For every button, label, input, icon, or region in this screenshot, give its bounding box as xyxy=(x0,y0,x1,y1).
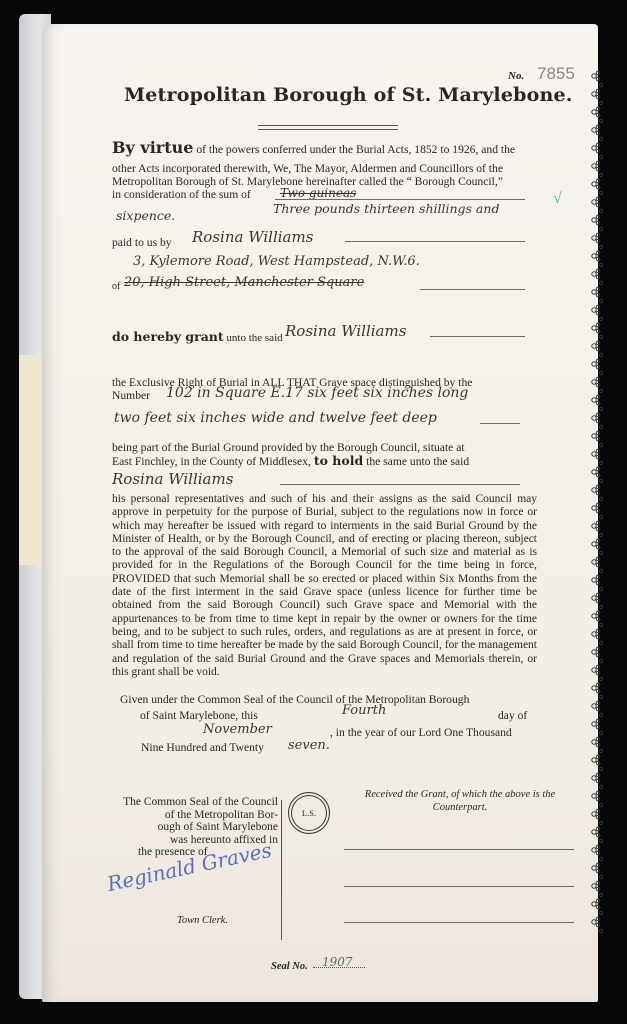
address-new: 3, Kylemore Road, West Hampstead, N.W.6. xyxy=(133,254,420,269)
seal-bracket xyxy=(277,800,282,940)
signature-line[interactable] xyxy=(344,922,574,923)
seal-no-label: Seal No. xyxy=(271,961,308,972)
signature-line[interactable] xyxy=(344,849,574,850)
number-label: No. xyxy=(508,70,524,82)
number-label2: Number xyxy=(112,389,150,402)
received-line: Received the Grant, of which the above i… xyxy=(344,789,576,800)
signature-line[interactable] xyxy=(344,886,574,887)
intro-lead: By virtue xyxy=(112,138,193,157)
paid-label: paid to us by xyxy=(112,236,172,249)
sum-line xyxy=(275,199,525,200)
town-clerk-label: Town Clerk. xyxy=(177,915,228,926)
seal-text-line: of the Metropolitan Bor- xyxy=(108,809,278,822)
given-line: Nine Hundred and Twenty xyxy=(141,741,264,754)
sum-struck: Two guineas xyxy=(280,186,356,200)
paid-by-name: Rosina Williams xyxy=(192,228,313,246)
body-paragraph: his personal representatives and such of… xyxy=(112,493,537,679)
address-line xyxy=(420,289,525,290)
grave-line-1: 102 in Square E.17 six feet six inches l… xyxy=(166,385,468,401)
given-year: seven. xyxy=(288,738,330,753)
document-number: 7855 xyxy=(537,64,575,84)
seal-circle: L.S. xyxy=(288,792,330,834)
paid-line xyxy=(345,241,525,242)
of-label: of xyxy=(112,280,120,293)
seal-text-line: The Common Seal of the Council xyxy=(108,796,278,809)
holder-name: Rosina Williams xyxy=(112,470,233,488)
given-line: , in the year of our Lord One Thousand xyxy=(330,726,512,739)
document-title: Metropolitan Borough of St. Marylebone. xyxy=(124,84,573,106)
intro-line: in consideration of the sum of xyxy=(112,188,251,201)
given-line: of Saint Marylebone, this xyxy=(140,709,258,722)
grant-label: unto the said xyxy=(226,332,282,344)
seal-number: 1907 xyxy=(322,955,353,969)
grantee-name: Rosina Williams xyxy=(285,322,406,340)
to-hold: to hold xyxy=(314,453,363,468)
seal-circle-label: L.S. xyxy=(302,808,316,818)
received-line: Counterpart. xyxy=(344,802,576,813)
title-underline xyxy=(258,125,398,130)
grave-line-2: two feet six inches wide and twelve feet… xyxy=(114,410,437,426)
grave-line xyxy=(480,423,520,424)
being-line-part: East Finchley, in the County of Middlese… xyxy=(112,455,311,468)
given-month: November xyxy=(203,722,272,737)
intro-line: of the powers conferred under the Burial… xyxy=(196,143,515,156)
given-line: day of xyxy=(498,709,527,722)
given-day: Fourth xyxy=(342,703,386,718)
given-line: Given under the Common Seal of the Counc… xyxy=(120,693,533,706)
sum-written: Three pounds thirteen shillings and xyxy=(273,201,499,216)
grant-lead: do hereby grant xyxy=(112,329,224,344)
sum-written-cont: sixpence. xyxy=(116,208,175,223)
address-struck: 20, High Street, Manchester Square xyxy=(124,275,364,290)
lace-border-ornament xyxy=(590,70,604,940)
seal-text-line: ough of Saint Marylebone xyxy=(108,821,278,834)
intro-line: other Acts incorporated therewith, We, T… xyxy=(112,162,542,175)
check-mark: √ xyxy=(553,190,562,208)
holder-line xyxy=(280,484,520,485)
being-line-part: the same unto the said xyxy=(366,455,469,468)
grantee-line xyxy=(430,336,525,337)
